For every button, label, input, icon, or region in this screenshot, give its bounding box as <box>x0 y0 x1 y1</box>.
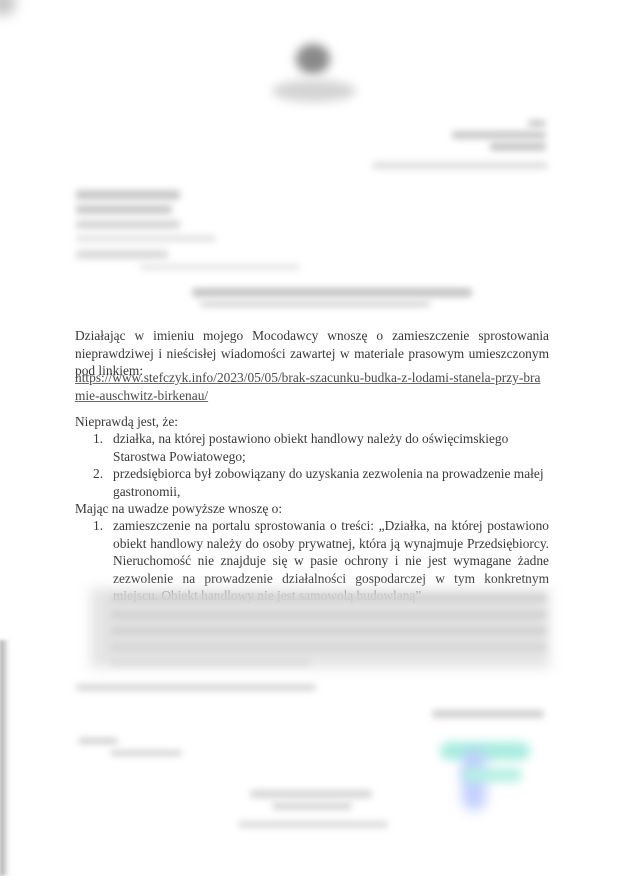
document-page: Działając w imieniu mojego Mocodawcy wno… <box>0 0 619 876</box>
list-item: 1. działka, na której postawiono obiekt … <box>75 430 549 465</box>
signature-stroke <box>462 768 522 782</box>
list-number: 2. <box>93 465 103 483</box>
signature-name-redacted <box>432 710 544 718</box>
request-heading: Mając na uwadze powyższe wnoszę o: <box>75 500 282 518</box>
untrue-list: 1. działka, na której postawiono obiekt … <box>75 430 549 500</box>
scan-corner-shadow <box>0 0 16 16</box>
list-number: 1. <box>93 430 103 448</box>
closing-line-redacted <box>76 684 316 691</box>
list-item: 2. przedsiębiorca był zobowiązany do uzy… <box>75 465 549 500</box>
list-text: przedsiębiorca był zobowiązany do uzyska… <box>113 466 544 499</box>
untrue-heading: Nieprawdą jest, że: <box>75 413 178 431</box>
list-text: działka, na której postawiono obiekt han… <box>113 431 508 464</box>
emblem-caption-redacted <box>272 80 356 102</box>
scan-edge-shadow <box>0 640 10 876</box>
article-link[interactable]: https://www.stefczyk.info/2023/05/05/bra… <box>75 369 549 404</box>
list-number: 1. <box>93 517 103 535</box>
emblem-icon <box>296 44 330 74</box>
